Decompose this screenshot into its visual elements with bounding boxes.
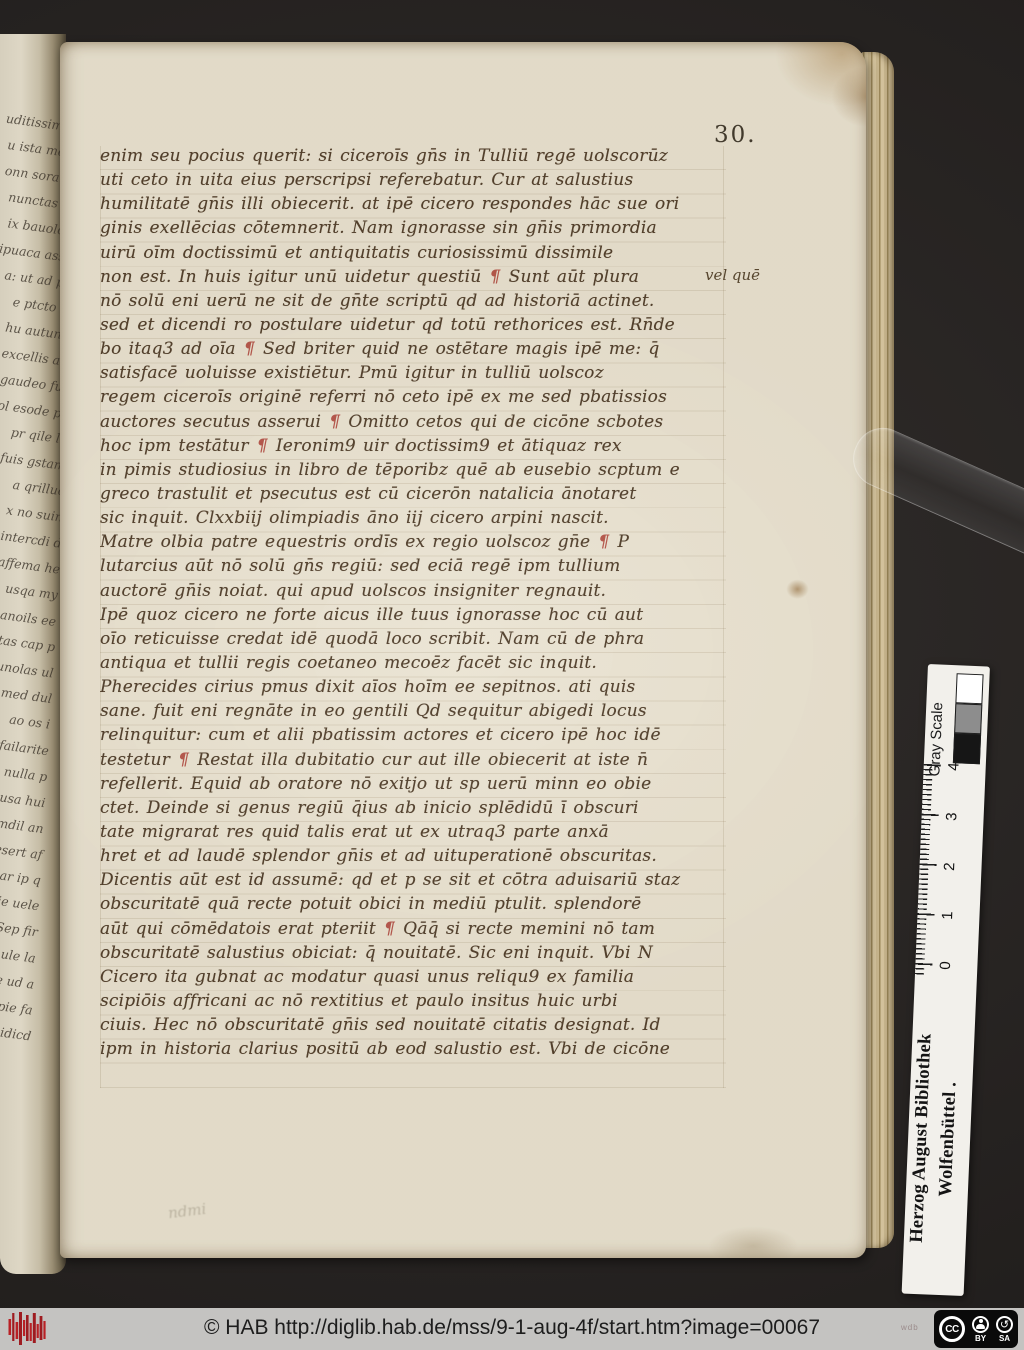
rubric-mark: ¶ [328,412,341,432]
gutter-fragment: fuis gstam [0,450,67,473]
manuscript-line: sed et dicendi ro postulare uidetur qd t… [100,315,726,339]
manuscript-line: bo itaq3 ad oīa ¶ Sed briter quid ne ost… [100,339,726,363]
gutter-fragment: tas cap p [0,632,56,654]
cc-icon: CC [939,1316,965,1342]
ruler-numbers: 43210 [928,664,990,667]
gutter-fragment: funolas ul [0,658,54,681]
gutter-fragment: ie uele [0,893,40,913]
ruler-number: 3 [943,812,960,821]
gutter-fragment: Sep fir [0,919,38,939]
wdb-mark: wdb [901,1323,919,1332]
manuscript-line: Ipē quoz cicero ne forte aicus ille tuus… [100,605,726,629]
manuscript-line: ipm in historia clarius positū ab eod sa… [100,1039,726,1063]
manuscript-line: uirū oīm doctissimū et antiquitatis curi… [100,243,726,267]
manuscript-line: sane. fuit eni regnāte in eo gentili Qd … [100,701,726,725]
manuscript-page: 30. vel quē enim seu pocius querit: si c… [60,42,866,1258]
manuscript-line: greco trastulit et psecutus est cū cicer… [100,484,726,508]
manuscript-line: nō solū eni uerū ne sit de gn̄te scriptū… [100,291,726,315]
rubric-mark: ¶ [243,339,256,359]
manuscript-line: relinquitur: cum et alii pbatissim actor… [100,725,726,749]
folio-number: 30. [714,122,757,148]
manuscript-line: humilitatē gn̄is illi obiecerit. at ipē … [100,194,726,218]
rubric-mark: ¶ [488,267,501,287]
manuscript-line: Pherecides cirius pmus dixit aīos hoīm e… [100,677,726,701]
gutter-fragment: acmdil an [0,813,45,836]
gutter-fragment: x no suin [5,502,64,524]
cc-by-person-icon [972,1316,989,1333]
gutter-fragment: a qrilluc [11,477,65,499]
gutter-fragment: med dul [0,684,53,706]
gray-scale-patch [955,673,983,704]
rubric-mark: ¶ [383,919,396,939]
manuscript-line: obscuritatē salustius obiciat: q̄ nouita… [100,943,726,967]
manuscript-line: obscuritatē quā recte potuit obici in me… [100,894,726,918]
gutter-fragment: oe ule la [0,944,37,966]
gutter-fragment: Causa hui [0,787,46,810]
library-name: Herzog August Bibliothek Wolfenbüttel . [902,982,977,1296]
gutter-fragment: gde ud a [0,970,35,992]
rubric-mark: ¶ [256,436,269,456]
photo-stage: uditissimo mu ista mebulonn soram qnunct… [0,0,1024,1350]
gutter-fragment: usqa my [5,581,59,603]
manuscript-line: sic inquit. Clxxbiij olimpiadis āno iij … [100,508,726,532]
gutter-fragment: presert af [0,839,43,862]
manuscript-line: in pimis studiosius in libro de tēporibz… [100,460,726,484]
manuscript-line: scipiōis affricani ac nō rextitius et pa… [100,991,726,1015]
gutter-fragment: A uidicd [0,1022,32,1044]
manuscript-line: hret et ad laudē splendor gn̄is et ad ui… [100,846,726,870]
manuscript-line: tate migrarat res quid talis erat ut ex … [100,822,726,846]
gray-scale-patch [953,733,981,764]
manuscript-text: enim seu pocius querit: si ciceroīs gn̄s… [100,146,726,1088]
gutter-fragment: mar ip q [0,866,42,888]
rubric-mark: ¶ [177,750,190,770]
credit-link[interactable]: © HAB http://diglib.hab.de/mss/9-1-aug-4… [0,1316,1024,1340]
manuscript-line: auctorē gn̄is noiat. qui apud uolscos in… [100,581,726,605]
manuscript-line: testetur ¶ Restat illa dubitatio cur aut… [100,750,726,774]
manuscript-line: ginis exellēcias cōtemnerit. Nam ignoras… [100,218,726,242]
manuscript-line: non est. In huis igitur unū uidetur ques… [100,267,726,291]
ruler-number: 2 [941,862,958,871]
manuscript-line: auctores secutus asserui ¶ Omitto cetos … [100,412,726,436]
manuscript-line: satisfacē uoluisse existiētur. Pmū igitu… [100,363,726,387]
manuscript-line: refellerit. Equid ab oratore nō exitjo u… [100,774,726,798]
gutter-fragment: alupie fa [0,996,34,1018]
manuscript-line: antiqua et tullii regis coetaneo mecoēz … [100,653,726,677]
cc-sa-group: ↺ SA [996,1316,1013,1343]
cc-sa-arrow-icon: ↺ [996,1316,1013,1333]
ruler-number: 0 [937,961,954,970]
manuscript-line: uti ceto in uita eius perscripsi refereb… [100,170,726,194]
footer-bar: © HAB http://diglib.hab.de/mss/9-1-aug-4… [0,1308,1024,1350]
manuscript-line: Matre olbia patre equestris ordīs ex reg… [100,532,726,556]
ruler-number: 4 [945,762,962,771]
manuscript-line: regem ciceroīs originē referri nō ceto i… [100,387,726,411]
manuscript-line: enim seu pocius querit: si ciceroīs gn̄s… [100,146,726,170]
manuscript-line: Cicero ita gubnat ac modatur quasi unus … [100,967,726,991]
gray-scale-patch [954,703,982,734]
cc-license-badge[interactable]: CC BY ↺ SA [934,1310,1018,1348]
faint-corner-note: ndmi [167,1200,207,1223]
manuscript-line: lutarcius aūt nō solū gn̄s regiū: sed ec… [100,556,726,580]
gray-scale-patches [953,673,984,764]
color-scale-ruler: Gray Scale 43210 Herzog August Bibliothe… [902,664,990,1296]
facing-page-gutter: uditissimo mu ista mebulonn soram qnunct… [0,34,66,1274]
cc-by-label: BY [975,1334,986,1343]
manuscript-line: ctet. Deinde si genus regiū q̄ius ab ini… [100,798,726,822]
gutter-fragment: affema he [0,554,61,577]
gutter-fragment: intercdi d [0,528,62,551]
rubric-mark: ¶ [597,532,610,552]
manuscript-line: ciuis. Hec nō obscuritatē gn̄is sed noui… [100,1015,726,1039]
gutter-fragment: se nulla p [0,761,48,784]
ruler-number: 1 [939,911,956,920]
gutter-fragment: ad anoils ee [0,604,57,629]
manuscript-line: oīo reticuisse credat idē quodā loco scr… [100,629,726,653]
manuscript-line: aūt qui cōmēdatois erat pteriit ¶ Qāq̄ s… [100,919,726,943]
manuscript-line: Dicentis aūt est id assumē: qd et p se s… [100,870,726,894]
manuscript-line: hoc ipm testātur ¶ Ieronim9 uir doctissi… [100,436,726,460]
cc-sa-label: SA [999,1334,1010,1343]
gutter-fragment: a failarite [0,735,49,758]
ruler-cm-ticks [915,764,941,970]
cc-by-group: BY [972,1316,989,1343]
gutter-fragment: ao os i [9,711,51,731]
